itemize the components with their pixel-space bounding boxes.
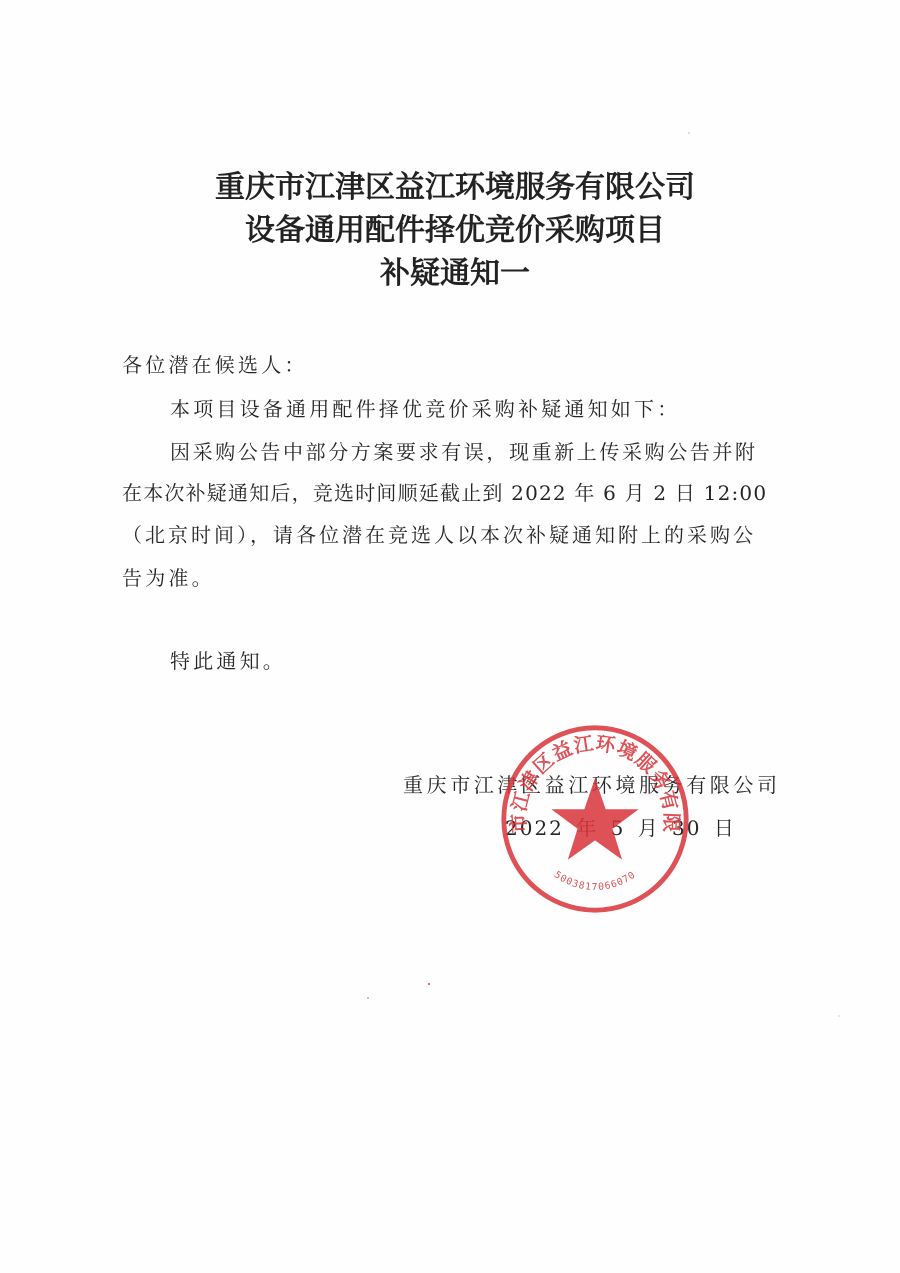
body-line-4: 告为准。 bbox=[122, 565, 215, 591]
scan-speck bbox=[367, 997, 369, 999]
document-title: 重庆市江津区益江环境服务有限公司 设备通用配件择优竞价采购项目 补疑通知一 bbox=[0, 166, 900, 295]
title-line-project: 设备通用配件择优竞价采购项目 bbox=[0, 209, 900, 252]
body-line-1: 因采购公告中部分方案要求有误，现重新上传采购公告并附 bbox=[170, 439, 758, 465]
title-line-notice: 补疑通知一 bbox=[0, 252, 900, 295]
signature-company: 重庆市江津区益江环境服务有限公司 bbox=[403, 772, 781, 798]
body-line-3: （北京时间），请各位潜在竞选人以本次补疑通知附上的采购公 bbox=[122, 522, 756, 548]
seal-number: 5003817066070 bbox=[552, 869, 638, 893]
scan-speck bbox=[688, 132, 690, 134]
salutation: 各位潜在候选人： bbox=[122, 352, 308, 378]
title-line-company: 重庆市江津区益江环境服务有限公司 bbox=[0, 166, 900, 209]
svg-text:5003817066070: 5003817066070 bbox=[552, 869, 638, 893]
signature-date: 2022 年 5 月 30 日 bbox=[505, 815, 736, 841]
closing-text: 特此通知。 bbox=[170, 648, 286, 674]
intro-paragraph: 本项目设备通用配件择优竞价采购补疑通知如下： bbox=[170, 396, 680, 422]
scan-speck bbox=[428, 983, 430, 985]
body-line-2: 在本次补疑通知后，竞选时间顺延截止到 2022 年 6 月 2 日 12:00 bbox=[122, 480, 767, 506]
document-page: 重庆市江津区益江环境服务有限公司 设备通用配件择优竞价采购项目 补疑通知一 各位… bbox=[0, 0, 900, 1273]
scan-speck bbox=[838, 1015, 840, 1017]
